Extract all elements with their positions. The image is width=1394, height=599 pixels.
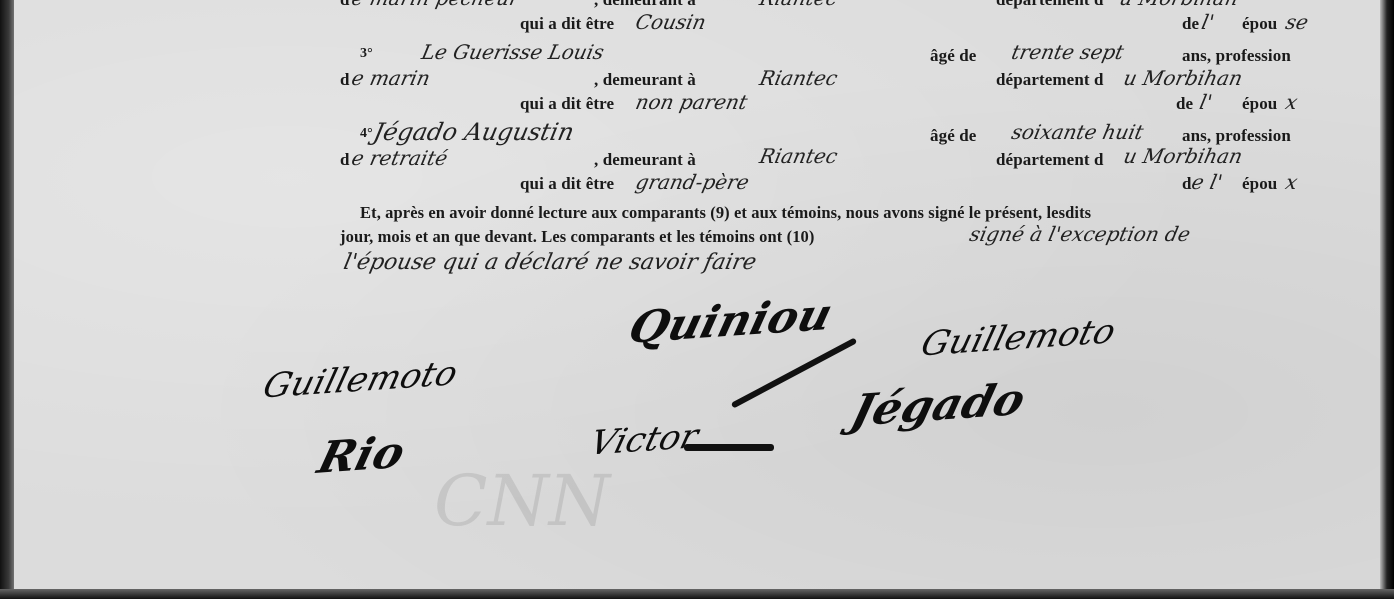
signature-rio: Rio xyxy=(313,427,410,484)
hand-spouse-suffix: x xyxy=(1283,90,1299,114)
signature-victor: Victor xyxy=(586,416,703,463)
printed-age-label: âgé de xyxy=(930,46,976,66)
printed-of-label: de xyxy=(1182,14,1199,34)
closing-line-2: jour, mois et an que devant. Les compara… xyxy=(340,227,814,247)
printed-age-label: âgé de xyxy=(930,126,976,146)
hand-age: trente sept xyxy=(1009,40,1126,64)
hand-departement: u Morbihan xyxy=(1121,144,1244,168)
signature-jegado: Jégado xyxy=(846,374,1031,437)
printed-departement-label: département d xyxy=(996,150,1104,170)
witness-number: 3° xyxy=(360,46,373,62)
hand-spouse-suffix: x xyxy=(1283,170,1299,194)
closing-hand-2: signé à l'exception de xyxy=(967,222,1192,246)
printed-demeurant-label: , demeurant à xyxy=(594,0,696,10)
printed-ans-label: ans, profession xyxy=(1182,126,1291,146)
signature-guillemoto-2: Guillemoto xyxy=(917,311,1120,364)
printed-d-label: d xyxy=(340,0,350,10)
printed-of-label: de xyxy=(1176,94,1193,114)
hand-relation: Cousin xyxy=(633,10,708,34)
hand-relation: grand-père xyxy=(633,170,751,194)
printed-spouse-label: épou xyxy=(1242,174,1277,194)
printed-d-label: d xyxy=(340,150,350,170)
hand-spouse-suffix: se xyxy=(1283,10,1310,34)
document-page: d e marin pêcheur , demeurant à Riantec … xyxy=(14,0,1380,589)
printed-spouse-label: épou xyxy=(1242,94,1277,114)
hand-of-spouse: l' xyxy=(1199,10,1216,34)
printed-spouse-label: épou xyxy=(1242,14,1277,34)
hand-age: soixante huit xyxy=(1009,120,1145,144)
hand-profession-cut: e marin pêcheur xyxy=(349,0,521,10)
hand-departement: u Morbihan xyxy=(1121,66,1244,90)
hand-relation: non parent xyxy=(633,90,749,114)
page-right-edge xyxy=(1380,0,1394,599)
signature-quiniou: Quiniou xyxy=(624,289,838,354)
closing-hand-3: l'épouse qui a déclaré ne savoir faire xyxy=(341,250,758,275)
hand-residence: Riantec xyxy=(757,66,839,90)
printed-departement-label: département d xyxy=(996,70,1104,90)
printed-demeurant-label: , demeurant à xyxy=(594,70,696,90)
hand-of-spouse: e l' xyxy=(1189,170,1224,194)
printed-relation-label: qui a dit être xyxy=(520,174,614,194)
hand-departement: u Morbihan xyxy=(1117,0,1240,10)
witness-name: Le Guerisse Louis xyxy=(419,40,606,64)
witness-number: 4° xyxy=(360,126,373,142)
hand-of-spouse: l' xyxy=(1197,90,1214,114)
signature-flourish xyxy=(731,337,857,408)
printed-ans-label: ans, profession xyxy=(1182,46,1291,66)
hand-profession: e marin xyxy=(349,66,432,90)
printed-demeurant-label: , demeurant à xyxy=(594,150,696,170)
hand-residence: Riantec xyxy=(757,144,839,168)
closing-line-1: Et, après en avoir donné lecture aux com… xyxy=(360,203,1091,223)
signature-strike xyxy=(684,444,774,451)
page-bottom-edge xyxy=(0,589,1394,599)
signature-guillemoto-1: Guillemoto xyxy=(259,353,462,406)
printed-departement-label: département d xyxy=(996,0,1104,10)
hand-profession: e retraité xyxy=(349,146,449,170)
witness-name: Jégado Augustin xyxy=(371,118,577,146)
hand-residence: Riantec xyxy=(757,0,839,10)
printed-relation-label: qui a dit être xyxy=(520,14,614,34)
bleed-through: CNN xyxy=(434,460,610,542)
printed-d-label: d xyxy=(340,70,350,90)
printed-relation-label: qui a dit être xyxy=(520,94,614,114)
